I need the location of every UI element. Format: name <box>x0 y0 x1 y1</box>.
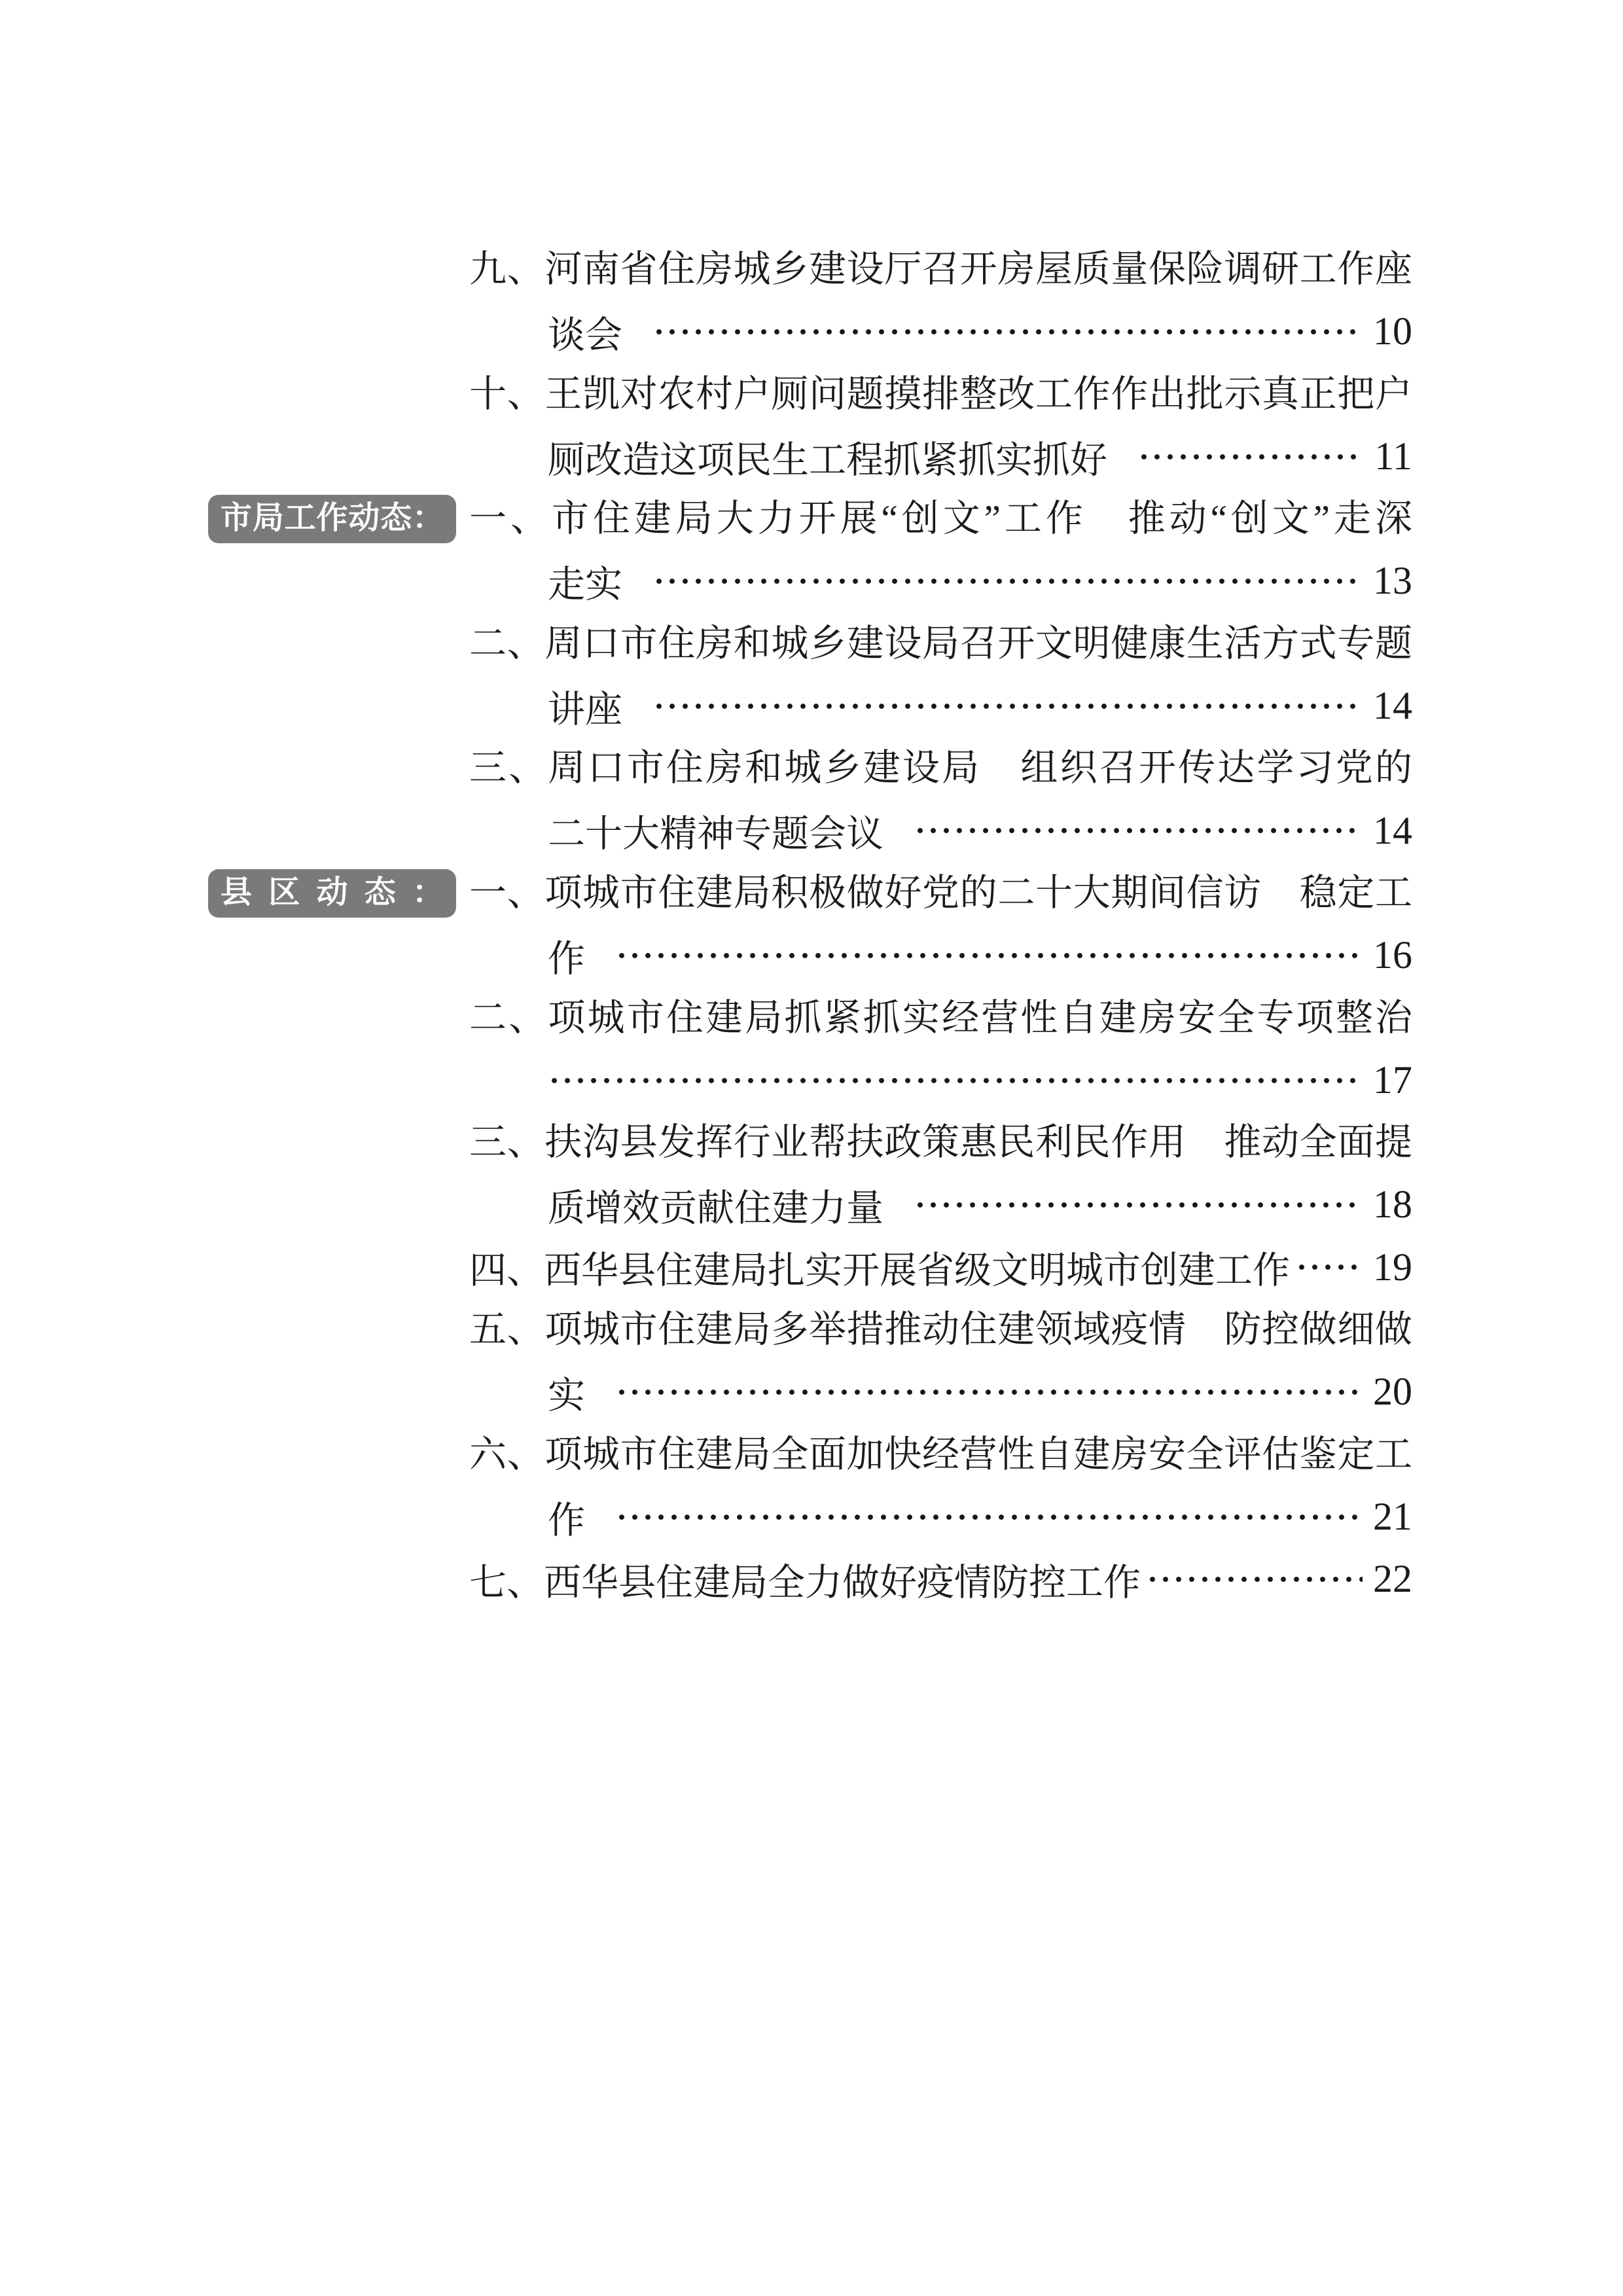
toc-entry-line: 三、周口市住房和城乡建设局 组织召开传达学习党的 <box>469 737 1412 799</box>
toc-entry-line: 二十大精神专题会议 14 <box>469 800 1412 862</box>
dot-leader <box>1146 1575 1363 1584</box>
toc-entry-text: 二十大精神专题会议 <box>469 804 883 857</box>
page-number: 17 <box>1373 1049 1412 1111</box>
toc-entry-line: 六、项城市住建局全面加快经营性自建房安全评估鉴定工 <box>469 1424 1412 1486</box>
toc-entry-line: 17 <box>469 1049 1412 1111</box>
toc-entry-text: 实 <box>469 1365 585 1419</box>
toc-entry-line: 九、河南省住房城乡建设厅召开房屋质量保险调研工作座 <box>469 238 1412 300</box>
page-number: 18 <box>1373 1174 1412 1236</box>
page-number: 20 <box>1373 1361 1412 1423</box>
page-number: 13 <box>1373 550 1412 612</box>
section-label-city-bureau-work: 市局工作动态： <box>208 495 456 543</box>
dot-leader <box>914 826 1363 835</box>
table-of-contents: 九、河南省住房城乡建设厅召开房屋质量保险调研工作座 谈会 10 十、王凯对农村户… <box>469 238 1412 1611</box>
toc-entry-text: 质增效贡献住建力量 <box>469 1178 883 1232</box>
toc-entry-line: 四、西华县住建局扎实开展省级文明城市创建工作 19 <box>469 1236 1412 1299</box>
page-number: 11 <box>1374 425 1412 488</box>
dot-leader <box>615 1388 1363 1397</box>
toc-entry-line: 一、市住建局大力开展“创文”工作 推动“创文”走深 <box>469 488 1412 550</box>
section-label-county-district: 县区动态： <box>208 869 456 918</box>
dot-leader <box>652 577 1363 586</box>
dot-leader <box>1295 1263 1363 1272</box>
toc-entry-line: 谈会 10 <box>469 300 1412 363</box>
page-number: 14 <box>1373 675 1412 737</box>
toc-entry-line: 质增效贡献住建力量 18 <box>469 1174 1412 1236</box>
page-number: 21 <box>1373 1486 1412 1548</box>
toc-entry-line: 十、王凯对农村户厕问题摸排整改工作作出批示真正把户 <box>469 363 1412 425</box>
dot-leader <box>914 1200 1363 1210</box>
toc-entry-line: 实 20 <box>469 1361 1412 1423</box>
page-number: 19 <box>1373 1236 1412 1299</box>
dot-leader <box>548 1076 1363 1085</box>
page-number: 22 <box>1373 1548 1412 1610</box>
page-number: 10 <box>1373 300 1412 363</box>
toc-entry-line: 七、西华县住建局全力做好疫情防控工作 22 <box>469 1548 1412 1610</box>
toc-entry-text: 作 <box>469 1490 585 1544</box>
toc-entry-line: 二、周口市住房和城乡建设局召开文明健康生活方式专题 <box>469 613 1412 675</box>
dot-leader <box>615 951 1363 960</box>
toc-entry-text: 厕改造这项民生工程抓紧抓实抓好 <box>469 430 1107 484</box>
toc-entry-text: 七、西华县住建局全力做好疫情防控工作 <box>469 1552 1141 1606</box>
toc-entry-line: 作 21 <box>469 1486 1412 1548</box>
dot-leader <box>615 1513 1363 1522</box>
toc-entry-line: 五、项城市住建局多举措推动住建领域疫情 防控做细做 <box>469 1299 1412 1361</box>
toc-entry-text: 走实 <box>469 554 622 608</box>
toc-entry-text: 四、西华县住建局扎实开展省级文明城市创建工作 <box>469 1240 1290 1294</box>
toc-entry-line: 作 16 <box>469 924 1412 986</box>
toc-entry-text: 谈会 <box>469 305 622 359</box>
dot-leader <box>1137 452 1364 461</box>
page-number: 14 <box>1373 800 1412 862</box>
page-number: 16 <box>1373 924 1412 986</box>
toc-entry-line: 讲座 14 <box>469 675 1412 737</box>
toc-entry-text: 作 <box>469 929 585 982</box>
toc-entry-line: 一、项城市住建局积极做好党的二十大期间信访 稳定工 <box>469 862 1412 924</box>
dot-leader <box>652 702 1363 711</box>
toc-entry-line: 厕改造这项民生工程抓紧抓实抓好 11 <box>469 425 1412 488</box>
toc-entry-text: 讲座 <box>469 679 622 733</box>
toc-entry-line: 三、扶沟县发挥行业帮扶政策惠民利民作用 推动全面提 <box>469 1111 1412 1174</box>
toc-entry-line: 二、项城市住建局抓紧抓实经营性自建房安全专项整治 <box>469 987 1412 1049</box>
document-page: 市局工作动态： 县区动态： 九、河南省住房城乡建设厅召开房屋质量保险调研工作座 … <box>0 0 1623 2296</box>
dot-leader <box>652 327 1363 336</box>
toc-entry-line: 走实 13 <box>469 550 1412 612</box>
